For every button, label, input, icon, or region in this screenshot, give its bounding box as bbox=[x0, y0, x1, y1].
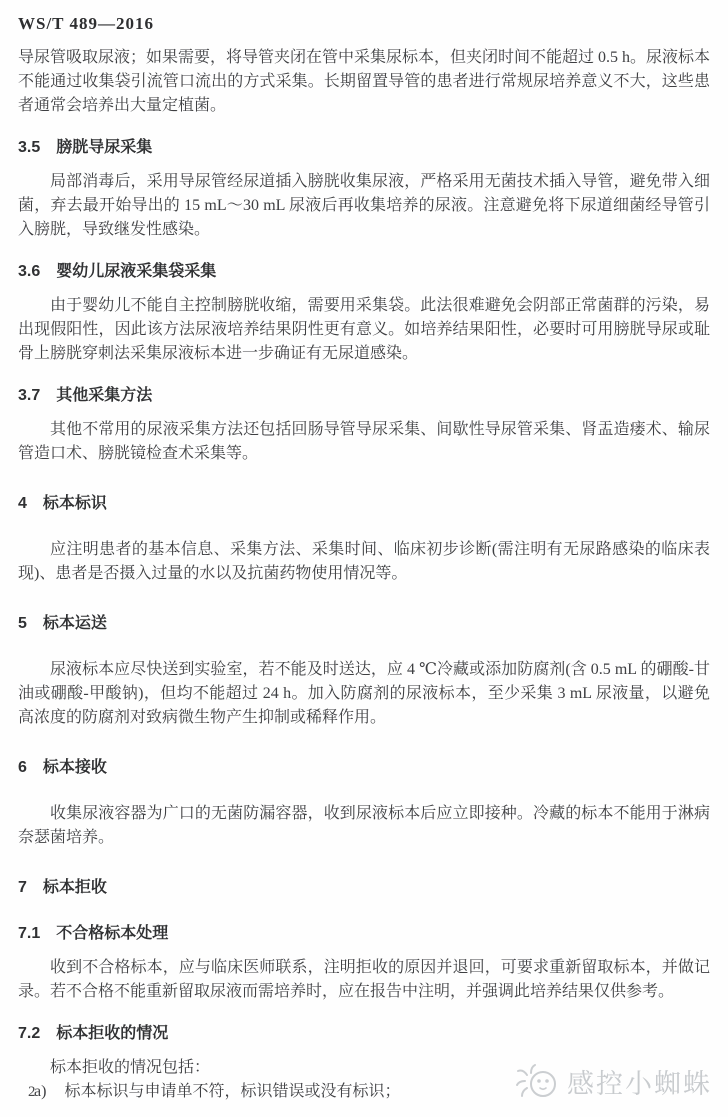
section-number: 4 bbox=[18, 495, 27, 512]
spider-logo-icon bbox=[515, 1061, 561, 1101]
watermark-label: 感控小蜘蛛 bbox=[567, 1062, 712, 1101]
paragraph-unqualified-specimen: 收到不合格标本，应与临床医师联系，注明拒收的原因并退回，可要求重新留取标本，并做… bbox=[18, 956, 710, 1004]
section-number: 7 bbox=[18, 879, 27, 896]
section-number: 5 bbox=[18, 615, 27, 632]
section-heading-7-1: 7.1不合格标本处理 bbox=[18, 922, 710, 946]
section-title: 不合格标本处理 bbox=[56, 925, 168, 942]
section-title: 标本标识 bbox=[43, 495, 107, 512]
section-title: 标本拒收 bbox=[43, 879, 107, 896]
section-title: 标本运送 bbox=[43, 615, 107, 632]
page-number: 2 bbox=[28, 1084, 36, 1101]
section-title: 膀胱导尿采集 bbox=[56, 139, 152, 156]
paragraph-bladder-catheterization: 局部消毒后，采用导尿管经尿道插入膀胱收集尿液，严格采用无菌技术插入导管，避免带入… bbox=[18, 170, 710, 242]
section-heading-3-5: 3.5膀胱导尿采集 bbox=[18, 136, 710, 160]
watermark: 感控小蜘蛛 bbox=[515, 1061, 712, 1101]
section-heading-7: 7标本拒收 bbox=[18, 876, 710, 900]
section-number: 6 bbox=[18, 759, 27, 776]
section-heading-3-6: 3.6婴幼儿尿液采集袋采集 bbox=[18, 260, 710, 284]
section-heading-3-7: 3.7其他采集方法 bbox=[18, 384, 710, 408]
standard-code: WS/T 489—2016 bbox=[18, 14, 710, 34]
paragraph-infant-collection-bag: 由于婴幼儿不能自主控制膀胱收缩，需要用采集袋。此法很难避免会阴部正常菌群的污染，… bbox=[18, 294, 710, 366]
paragraph-specimen-labeling: 应注明患者的基本信息、采集方法、采集时间、临床初步诊断(需注明有无尿路感染的临床… bbox=[18, 538, 710, 586]
section-number: 3.5 bbox=[18, 139, 40, 156]
section-number: 3.7 bbox=[18, 387, 40, 404]
section-title: 婴幼儿尿液采集袋采集 bbox=[56, 263, 216, 280]
section-heading-7-2: 7.2标本拒收的情况 bbox=[18, 1022, 710, 1046]
paragraph-catheter-continuation: 导尿管吸取尿液；如果需要，将导管夹闭在管中采集尿标本，但夹闭时间不能超过 0.5… bbox=[18, 46, 710, 118]
paragraph-other-methods: 其他不常用的尿液采集方法还包括回肠导管导尿采集、间歇性导尿管采集、肾盂造瘘术、输… bbox=[18, 418, 710, 466]
document-page: WS/T 489—2016 导尿管吸取尿液；如果需要，将导管夹闭在管中采集尿标本… bbox=[0, 0, 728, 1117]
section-title: 其他采集方法 bbox=[56, 387, 152, 404]
section-number: 3.6 bbox=[18, 263, 40, 280]
section-heading-4: 4标本标识 bbox=[18, 492, 710, 516]
paragraph-specimen-transport: 尿液标本应尽快送到实验室，若不能及时送达，应 4 ℃冷藏或添加防腐剂(含 0.5… bbox=[18, 658, 710, 730]
paragraph-specimen-reception: 收集尿液容器为广口的无菌防漏容器，收到尿液标本后应立即接种。冷藏的标本不能用于淋… bbox=[18, 802, 710, 850]
section-number: 7.2 bbox=[18, 1025, 40, 1042]
section-title: 标本接收 bbox=[43, 759, 107, 776]
list-item-marker: a) bbox=[34, 1083, 46, 1100]
list-item-text: 标本标识与申请单不符，标识错误或没有标识； bbox=[64, 1083, 400, 1100]
section-heading-5: 5标本运送 bbox=[18, 612, 710, 636]
section-heading-6: 6标本接收 bbox=[18, 756, 710, 780]
section-number: 7.1 bbox=[18, 925, 40, 942]
section-title: 标本拒收的情况 bbox=[56, 1025, 168, 1042]
